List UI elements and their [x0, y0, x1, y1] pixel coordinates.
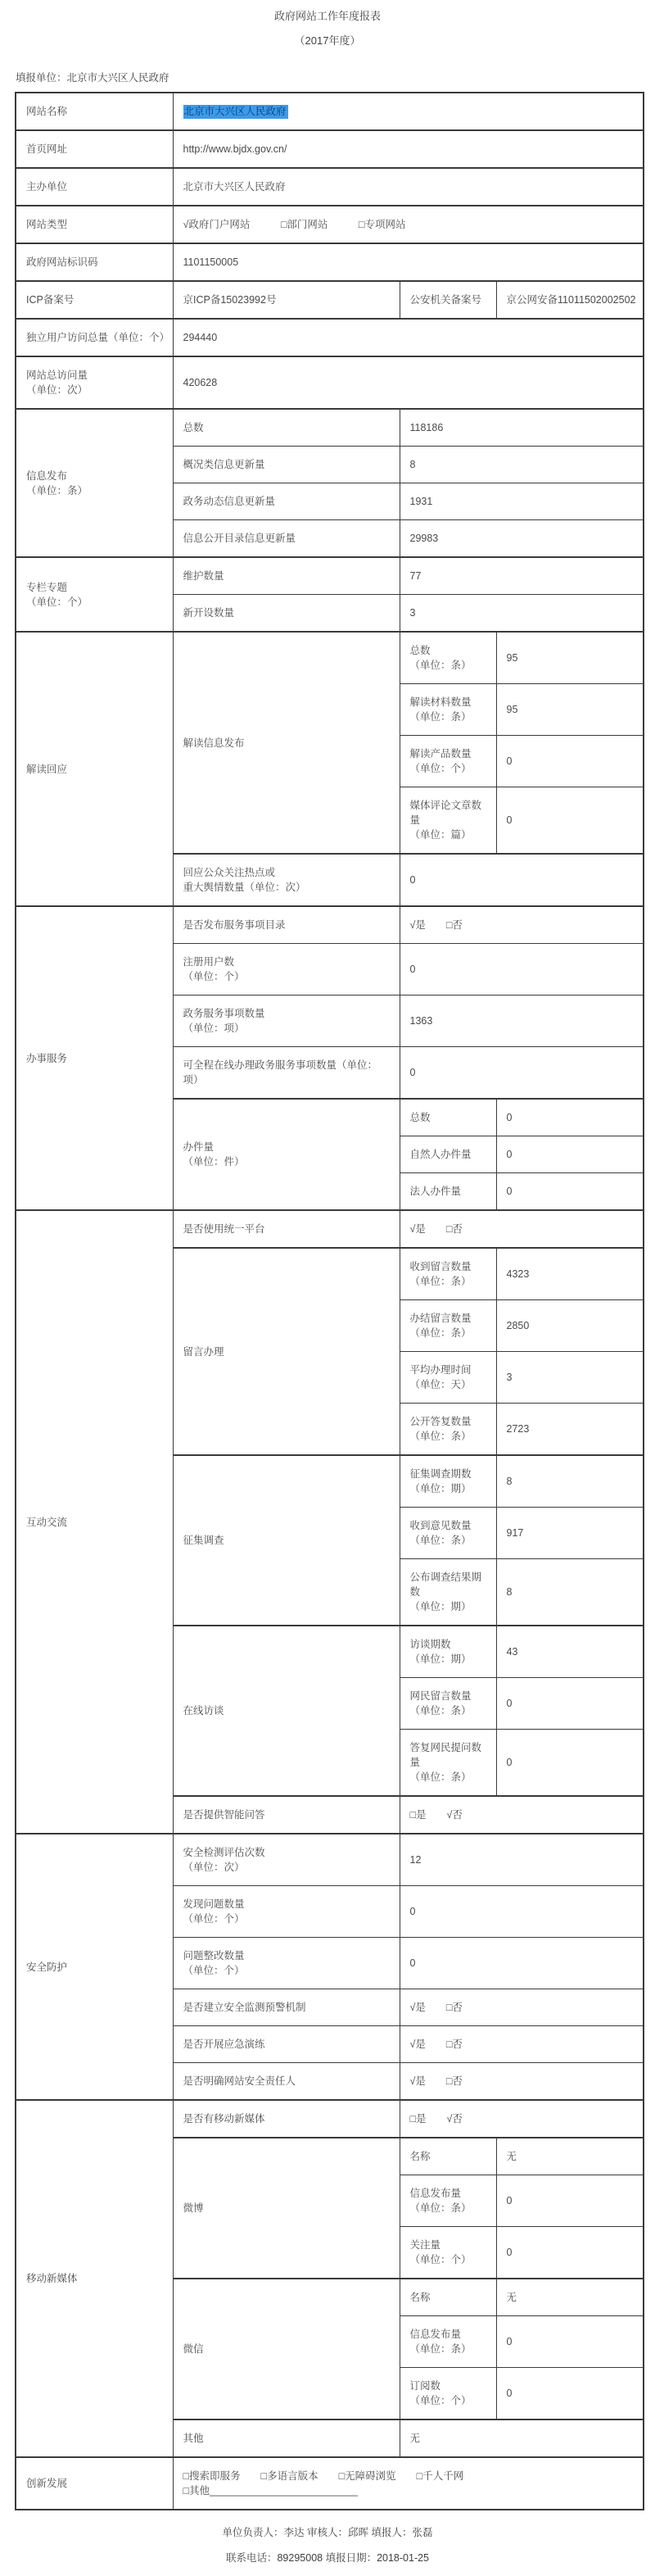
report-table: 网站名称 北京市大兴区人民政府 首页网址 http://www.bjdx.gov… — [15, 92, 644, 2510]
sub-unit: （单位：天） — [410, 1377, 490, 1392]
cell-value: 0 — [496, 1678, 644, 1730]
sub-label: 名称 — [410, 2290, 490, 2305]
cell-label: 问题整改数量 （单位：个） — [173, 1938, 400, 1989]
row-total-visits: 网站总访问量 （单位：次） 420628 — [16, 356, 644, 409]
cell-label: 办结留言数量 （单位：条） — [400, 1300, 496, 1352]
cell-value: √是 □否 — [400, 2063, 644, 2101]
weibo-group: 微博 — [173, 2138, 400, 2279]
row-interpret-1: 解读回应 解读信息发布 总数 （单位：条） 95 — [16, 632, 644, 684]
row-site-name: 网站名称 北京市大兴区人民政府 — [16, 93, 644, 130]
info-publish-group: 信息发布 （单位：条） — [16, 409, 173, 557]
cell-label: 发现问题数量 （单位：个） — [173, 1886, 400, 1938]
cell-value: 0 — [496, 1136, 644, 1173]
cell-label: 其他 — [173, 2420, 400, 2457]
cell-value: 29983 — [400, 520, 644, 558]
cell-value: 12 — [400, 1834, 644, 1886]
cell-value: 43 — [496, 1626, 644, 1678]
sub-label: 总数 — [410, 643, 490, 658]
hotspot-label-line1: 回应公众关注热点或 — [183, 865, 393, 880]
interpret-group: 解读回应 — [16, 632, 173, 906]
fill-unit-line: 填报单位：北京市大兴区人民政府 — [16, 70, 655, 84]
cell-label: 信息发布量 （单位：条） — [400, 2175, 496, 2227]
cell-value: 2723 — [496, 1404, 644, 1456]
row-columns-1: 专栏专题 （单位：个） 维护数量 77 — [16, 557, 644, 595]
site-name-label: 网站名称 — [16, 93, 173, 130]
sub-label: 网民留言数量 — [410, 1689, 490, 1703]
sub-label: 问题整改数量 — [183, 1948, 393, 1963]
sub-unit: （单位：条） — [410, 1533, 490, 1548]
sub-label: 平均办理时间 — [410, 1363, 490, 1377]
cell-label: 信息发布量 （单位：条） — [400, 2316, 496, 2368]
cell-value: 0 — [496, 1173, 644, 1211]
sub-unit: （单位：期） — [410, 1652, 490, 1667]
cell-value: 95 — [496, 684, 644, 736]
cell-label: 是否使用统一平台 — [173, 1210, 400, 1248]
cell-value: 0 — [400, 854, 644, 906]
innovation-group: 创新发展 — [16, 2457, 173, 2510]
innovation-checkboxes: □搜索即服务 □多语言版本 □无障碍浏览 □千人千网 □其他__________… — [173, 2457, 644, 2510]
row-icp: ICP备案号 京ICP备15023992号 公安机关备案号 京公网安备11011… — [16, 281, 644, 319]
cell-value: 8 — [496, 1559, 644, 1626]
sub-unit: （单位：条） — [410, 1770, 490, 1785]
site-code-value: 1101150005 — [173, 243, 644, 281]
cell-label: 是否有移动新媒体 — [173, 2100, 400, 2138]
sub-label: 媒体评论文章数量 — [410, 798, 490, 828]
site-name-value: 北京市大兴区人民政府 — [173, 93, 644, 130]
cell-label: 自然人办件量 — [400, 1136, 496, 1173]
sub-label: 注册用户数 — [183, 955, 393, 969]
cell-label: 媒体评论文章数量 （单位：篇） — [400, 787, 496, 855]
row-innovation: 创新发展 □搜索即服务 □多语言版本 □无障碍浏览 □千人千网 □其他_____… — [16, 2457, 644, 2510]
cell-value: 无 — [496, 2279, 644, 2316]
survey-group: 征集调查 — [173, 1455, 400, 1626]
innovation-line2: □其他__________________________ — [183, 2483, 637, 2498]
cell-value: 1931 — [400, 483, 644, 520]
cell-value: 0 — [496, 2316, 644, 2368]
cell-value: 0 — [400, 944, 644, 995]
group-label: 信息发布 — [26, 469, 166, 483]
cell-label: 关注量 （单位：个） — [400, 2227, 496, 2279]
cell-value: 0 — [496, 1099, 644, 1136]
cell-label: 名称 — [400, 2279, 496, 2316]
cell-label: 收到留言数量 （单位：条） — [400, 1248, 496, 1300]
cell-value: □是 √否 — [400, 2100, 644, 2138]
group-unit: （单位：个） — [26, 595, 166, 610]
sub-unit: （单位：个） — [183, 1963, 393, 1978]
cell-label: 是否开展应急演练 — [173, 2026, 400, 2063]
report-page: 政府网站工作年度报表 （2017年度） 填报单位：北京市大兴区人民政府 网站名称… — [0, 0, 655, 2576]
cell-value: 无 — [400, 2420, 644, 2457]
security-group: 安全防护 — [16, 1834, 173, 2100]
sub-unit: （单位：个） — [410, 2252, 490, 2267]
volume-group: 办件量 （单位：件） — [173, 1099, 400, 1210]
sub-label: 信息发布量 — [410, 2327, 490, 2342]
sub-label: 关注量 — [410, 2238, 490, 2252]
cell-label: 答复网民提问数量 （单位：条） — [400, 1730, 496, 1797]
row-unique-visits: 独立用户访问总量（单位：个） 294440 — [16, 319, 644, 356]
sub-unit: （单位：条） — [410, 658, 490, 673]
sub-unit: （单位：期） — [410, 1599, 490, 1614]
cell-label: 公开答复数量 （单位：条） — [400, 1404, 496, 1456]
organizer-label: 主办单位 — [16, 168, 173, 206]
cell-value: 3 — [496, 1352, 644, 1404]
cell-value: 0 — [496, 787, 644, 855]
cell-label: 平均办理时间 （单位：天） — [400, 1352, 496, 1404]
cell-value: √是 □否 — [400, 1989, 644, 2026]
wechat-group: 微信 — [173, 2279, 400, 2420]
cell-label: 总数 — [400, 1099, 496, 1136]
group-unit: （单位：件） — [183, 1154, 393, 1169]
sub-unit: （单位：条） — [410, 2342, 490, 2356]
sub-label: 政务服务事项数量 — [183, 1006, 393, 1021]
cell-label: 订阅数 （单位：个） — [400, 2368, 496, 2420]
cell-value: 917 — [496, 1508, 644, 1559]
cell-label: 征集调查期数 （单位：期） — [400, 1455, 496, 1508]
sub-label: 公布调查结果期数 — [410, 1570, 490, 1599]
cell-value: □是 √否 — [400, 1796, 644, 1834]
cell-value: 3 — [400, 595, 644, 633]
cell-label: 政务动态信息更新量 — [173, 483, 400, 520]
organizer-value: 北京市大兴区人民政府 — [173, 168, 644, 206]
sub-unit: （单位：篇） — [410, 828, 490, 842]
cell-label: 是否明确网站安全责任人 — [173, 2063, 400, 2101]
sub-unit: （单位：项） — [183, 1021, 393, 1036]
sub-label: 名称 — [410, 2149, 490, 2164]
sub-label: 解读材料数量 — [410, 695, 490, 710]
cell-label: 访谈期数 （单位：期） — [400, 1626, 496, 1678]
row-info-publish-1: 信息发布 （单位：条） 总数 118186 — [16, 409, 644, 447]
sub-unit: （单位：个） — [410, 2393, 490, 2408]
cell-label: 注册用户数 （单位：个） — [173, 944, 400, 995]
special-columns-group: 专栏专题 （单位：个） — [16, 557, 173, 632]
row-site-type: 网站类型 √政府门户网站 □部门网站 □专项网站 — [16, 206, 644, 243]
cell-value: 4323 — [496, 1248, 644, 1300]
interpret-publish-label: 解读信息发布 — [173, 632, 400, 854]
icp-label: ICP备案号 — [16, 281, 173, 319]
cell-value: √是 □否 — [400, 906, 644, 944]
group-unit: （单位：条） — [26, 483, 166, 498]
cell-value: 0 — [496, 2368, 644, 2420]
sub-unit: （单位：条） — [410, 710, 490, 724]
mobile-group: 移动新媒体 — [16, 2100, 173, 2457]
row-security-1: 安全防护 安全检测评估次数 （单位：次） 12 — [16, 1834, 644, 1886]
icp-value: 京ICP备15023992号 — [173, 281, 400, 319]
cell-value: √是 □否 — [400, 1210, 644, 1248]
cell-label: 解读材料数量 （单位：条） — [400, 684, 496, 736]
cell-label: 总数 （单位：条） — [400, 632, 496, 684]
home-url-label: 首页网址 — [16, 130, 173, 168]
sub-unit: （单位：个） — [183, 969, 393, 984]
police-record-label: 公安机关备案号 — [400, 281, 496, 319]
sub-unit: （单位：期） — [410, 1481, 490, 1496]
sub-unit: （单位：条） — [410, 1703, 490, 1718]
footer-signatures: 单位负责人：李达 审核人：邱晖 填报人：张磊 — [0, 2524, 655, 2539]
sub-unit: （单位：条） — [410, 2201, 490, 2215]
unique-visits-value: 294440 — [173, 319, 644, 356]
site-type-label: 网站类型 — [16, 206, 173, 243]
sub-label: 收到意见数量 — [410, 1518, 490, 1533]
sub-label: 访谈期数 — [410, 1637, 490, 1652]
row-organizer: 主办单位 北京市大兴区人民政府 — [16, 168, 644, 206]
sub-label: 发现问题数量 — [183, 1897, 393, 1912]
page-subtitle: （2017年度） — [0, 32, 655, 48]
sub-label: 安全检测评估次数 — [183, 1845, 393, 1860]
site-type-checkboxes: √政府门户网站 □部门网站 □专项网站 — [173, 206, 644, 243]
cell-label: 网民留言数量 （单位：条） — [400, 1678, 496, 1730]
site-code-label: 政府网站标识码 — [16, 243, 173, 281]
cell-value: 95 — [496, 632, 644, 684]
row-interact-platform: 互动交流 是否使用统一平台 √是 □否 — [16, 1210, 644, 1248]
total-visits-label: 网站总访问量 （单位：次） — [16, 356, 173, 409]
row-service-catalog: 办事服务 是否发布服务事项目录 √是 □否 — [16, 906, 644, 944]
cell-value: 8 — [496, 1455, 644, 1508]
cell-value: 2850 — [496, 1300, 644, 1352]
sub-unit: （单位：次） — [183, 1860, 393, 1875]
row-site-code: 政府网站标识码 1101150005 — [16, 243, 644, 281]
cell-value: 0 — [400, 1047, 644, 1100]
cell-value: 1363 — [400, 995, 644, 1047]
footer-contact: 联系电话：89295008 填报日期：2018-01-25 — [0, 2550, 655, 2576]
cell-value: 无 — [496, 2138, 644, 2175]
cell-value: 0 — [400, 1938, 644, 1989]
group-label: 专栏专题 — [26, 580, 166, 595]
police-record-value: 京公网安备11011502002502 — [496, 281, 644, 319]
total-visits-label-line1: 网站总访问量 — [26, 368, 166, 383]
group-label: 办件量 — [183, 1140, 393, 1154]
sub-unit: （单位：个） — [183, 1912, 393, 1926]
service-group: 办事服务 — [16, 906, 173, 1210]
cell-label: 收到意见数量 （单位：条） — [400, 1508, 496, 1559]
cell-label: 信息公开目录信息更新量 — [173, 520, 400, 558]
interact-group: 互动交流 — [16, 1210, 173, 1834]
cell-label: 维护数量 — [173, 557, 400, 595]
cell-value: 0 — [496, 736, 644, 787]
sub-label: 答复网民提问数量 — [410, 1740, 490, 1770]
cell-value: 118186 — [400, 409, 644, 447]
unique-visits-label: 独立用户访问总量（单位：个） — [16, 319, 173, 356]
cell-label: 解读产品数量 （单位：个） — [400, 736, 496, 787]
cell-value: 0 — [496, 2175, 644, 2227]
sub-unit: （单位：条） — [410, 1429, 490, 1444]
sub-label: 公开答复数量 — [410, 1414, 490, 1429]
hotspot-label: 回应公众关注热点或 重大舆情数量（单位：次） — [173, 854, 400, 906]
cell-value: 0 — [400, 1886, 644, 1938]
sub-label: 收到留言数量 — [410, 1259, 490, 1274]
innovation-line1: □搜索即服务 □多语言版本 □无障碍浏览 □千人千网 — [183, 2469, 637, 2483]
sub-unit: （单位：条） — [410, 1274, 490, 1289]
page-title: 政府网站工作年度报表 — [0, 0, 655, 23]
cell-label: 公布调查结果期数 （单位：期） — [400, 1559, 496, 1626]
row-mobile-has: 移动新媒体 是否有移动新媒体 □是 √否 — [16, 2100, 644, 2138]
cell-label: 是否发布服务事项目录 — [173, 906, 400, 944]
cell-label: 是否建立安全监测预警机制 — [173, 1989, 400, 2026]
sub-unit: （单位：条） — [410, 1326, 490, 1340]
cell-value: √是 □否 — [400, 2026, 644, 2063]
sub-label: 订阅数 — [410, 2379, 490, 2393]
hotspot-label-line2: 重大舆情数量（单位：次） — [183, 880, 393, 895]
message-group: 留言办理 — [173, 1248, 400, 1455]
cell-value: 0 — [496, 1730, 644, 1797]
cell-label: 可全程在线办理政务服务事项数量（单位：项） — [173, 1047, 400, 1100]
cell-label: 政务服务事项数量 （单位：项） — [173, 995, 400, 1047]
cell-label: 名称 — [400, 2138, 496, 2175]
sub-label: 信息发布量 — [410, 2186, 490, 2201]
sub-unit: （单位：个） — [410, 761, 490, 776]
cell-label: 总数 — [173, 409, 400, 447]
sub-label: 征集调查期数 — [410, 1467, 490, 1481]
row-home-url: 首页网址 http://www.bjdx.gov.cn/ — [16, 130, 644, 168]
cell-label: 新开设数量 — [173, 595, 400, 633]
cell-label: 概况类信息更新量 — [173, 447, 400, 483]
selected-text: 北京市大兴区人民政府 — [183, 105, 288, 119]
cell-label: 是否提供智能问答 — [173, 1796, 400, 1834]
cell-label: 法人办件量 — [400, 1173, 496, 1211]
cell-value: 0 — [496, 2227, 644, 2279]
total-visits-value: 420628 — [173, 356, 644, 409]
cell-label: 安全检测评估次数 （单位：次） — [173, 1834, 400, 1886]
sub-label: 解读产品数量 — [410, 746, 490, 761]
home-url-value: http://www.bjdx.gov.cn/ — [173, 130, 644, 168]
sub-label: 办结留言数量 — [410, 1311, 490, 1326]
cell-value: 8 — [400, 447, 644, 483]
total-visits-label-line2: （单位：次） — [26, 383, 166, 397]
interview-group: 在线访谈 — [173, 1626, 400, 1796]
cell-value: 77 — [400, 557, 644, 595]
